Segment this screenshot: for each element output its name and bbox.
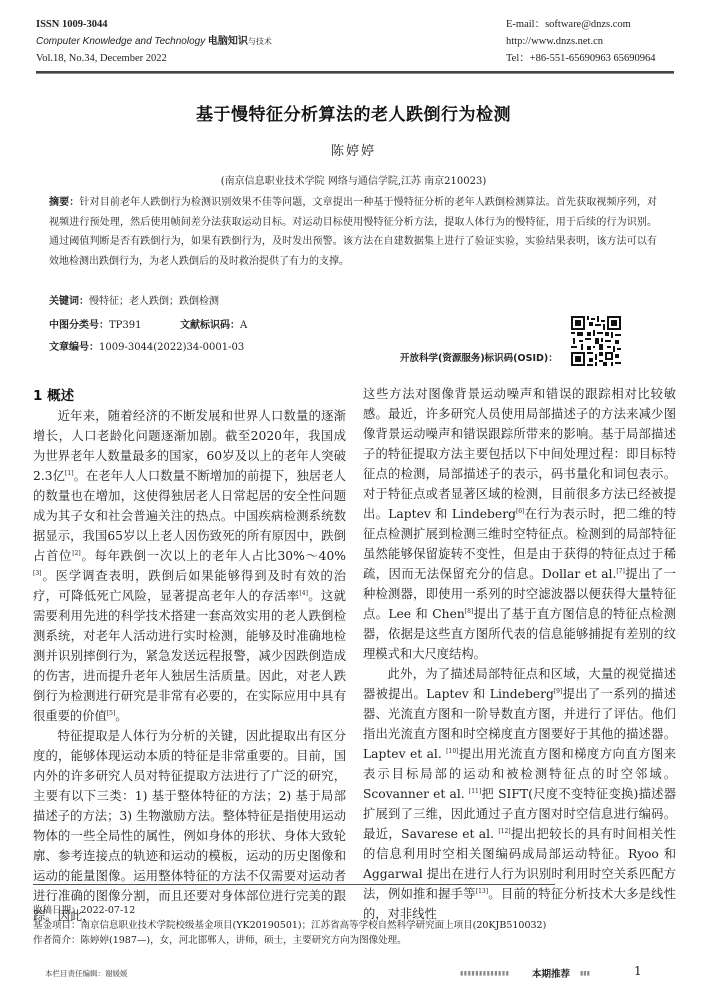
citation-reference[interactable]: [4] [299,590,308,597]
footer-decoration-right: ▮▮▮ [580,970,590,977]
footer-decoration-left: ▮▮▮▮▮▮▮▮▮▮▮▮▮ [460,970,509,977]
issue-recommendation: 本期推荐 [532,966,570,980]
section-heading: 1 概述 [33,384,74,404]
footnotes: 收稿日期：2022-07-12 基金项目：南京信息职业技术学院校级基金项目(YK… [33,903,546,948]
author-affiliation: (南京信息职业技术学院 网络与通信学院,江苏 南京210023) [0,172,707,187]
body-paragraph: 近年来，随着经济的不断发展和世界人口数量的逐渐增长，人口老龄化问题逐渐加剧。截至… [33,406,346,726]
citation-reference[interactable]: [6] [516,508,525,515]
classification-label: 中图分类号： [49,320,109,331]
page-number: 1 [634,964,642,978]
citation-reference[interactable]: [12] [498,828,510,835]
qr-code-icon[interactable] [571,316,621,366]
citation-reference[interactable]: [9] [554,688,563,695]
keywords-label: 关键词： [49,296,89,307]
citation-reference[interactable]: [5] [107,710,116,717]
column-editor: 本栏目责任编辑：谢媛媛 [45,968,128,979]
journal-header: ISSN 1009-3044 Computer Knowledge and Te… [36,16,674,74]
journal-contact: E-mail：software@dnzs.com http://www.dnzs… [506,16,656,67]
article-title: 基于慢特征分析算法的老人跌倒行为检测 [0,100,707,125]
abstract-label: 摘要： [49,197,79,208]
article-author: 陈婷婷 [0,140,707,159]
journal-name-en: Computer Knowledge and Technology [36,36,205,47]
keywords-value: 慢特征；老人跌倒；跌倒检测 [89,296,219,307]
volume-info: Vol.18, No.34, December 2022 [36,50,272,67]
fund-project: 基金项目：南京信息职业技术学院校级基金项目(YK20190501)；江苏省高等学… [33,918,546,933]
journal-name-cn-suffix: 与技术 [248,37,272,46]
citation-reference[interactable]: [11] [469,788,481,795]
article-number-label: 文章编号： [49,342,99,353]
citation-reference[interactable]: [3] [33,570,42,577]
citation-reference[interactable]: [13] [476,888,488,895]
classification-number: 中图分类号：TP391 [49,316,142,331]
abstract-text: 针对目前老年人跌倒行为检测识别效果不佳等问题，文章提出一种基于慢特征分析的老年人… [49,197,657,267]
journal-name-cn: 电脑知识 [208,36,248,47]
body-column-left: 近年来，随着经济的不断发展和世界人口数量的逐渐增长，人口老龄化问题逐渐加剧。截至… [33,406,346,926]
article-number-value: 1009-3044(2022)34-0001-03 [99,342,244,353]
classification-value: TP391 [109,320,142,331]
document-code-value: A [240,320,247,331]
citation-reference[interactable]: [10] [446,748,458,755]
abstract: 摘要：针对目前老年人跌倒行为检测识别效果不佳等问题，文章提出一种基于慢特征分析的… [49,193,657,271]
header-divider [36,71,674,74]
contact-email: E-mail：software@dnzs.com [506,16,656,33]
journal-name: Computer Knowledge and Technology 电脑知识与技… [36,33,272,50]
article-number: 文章编号：1009-3044(2022)34-0001-03 [49,338,244,353]
received-date: 收稿日期：2022-07-12 [33,903,546,918]
issn: ISSN 1009-3044 [36,16,272,33]
osid-label: 开放科学(资源服务)标识码(OSID)： [400,350,558,364]
body-paragraph: 特征提取是人体行为分析的关键，因此提取出有区分度的，能够体现运动本质的特征是非常… [33,726,346,926]
contact-website: http://www.dnzs.net.cn [506,33,656,50]
body-paragraph: 这些方法对图像背景运动噪声和错误的跟踪相对比较敏感。最近，许多研究人员使用局部描… [363,384,676,664]
citation-reference[interactable]: [1] [65,470,74,477]
keywords: 关键词：慢特征；老人跌倒；跌倒检测 [49,292,219,307]
body-column-right: 这些方法对图像背景运动噪声和错误的跟踪相对比较敏感。最近，许多研究人员使用局部描… [363,384,676,924]
body-paragraph: 此外，为了描述局部特征点和区域，大量的视觉描述器被提出。Laptev 和 Lin… [363,664,676,924]
footnote-divider [33,884,555,885]
citation-reference[interactable]: [7] [616,568,625,575]
journal-info: ISSN 1009-3044 Computer Knowledge and Te… [36,16,272,67]
citation-reference[interactable]: [2] [72,550,81,557]
document-code-label: 文献标识码： [180,320,240,331]
document-code: 文献标识码：A [180,316,247,331]
contact-tel: Tel：+86-551-65690963 65690964 [506,50,656,67]
citation-reference[interactable]: [8] [465,608,474,615]
author-bio: 作者简介：陈婷婷(1987—)，女，河北邯郸人，讲师，硕士，主要研究方向为图像处… [33,933,546,948]
